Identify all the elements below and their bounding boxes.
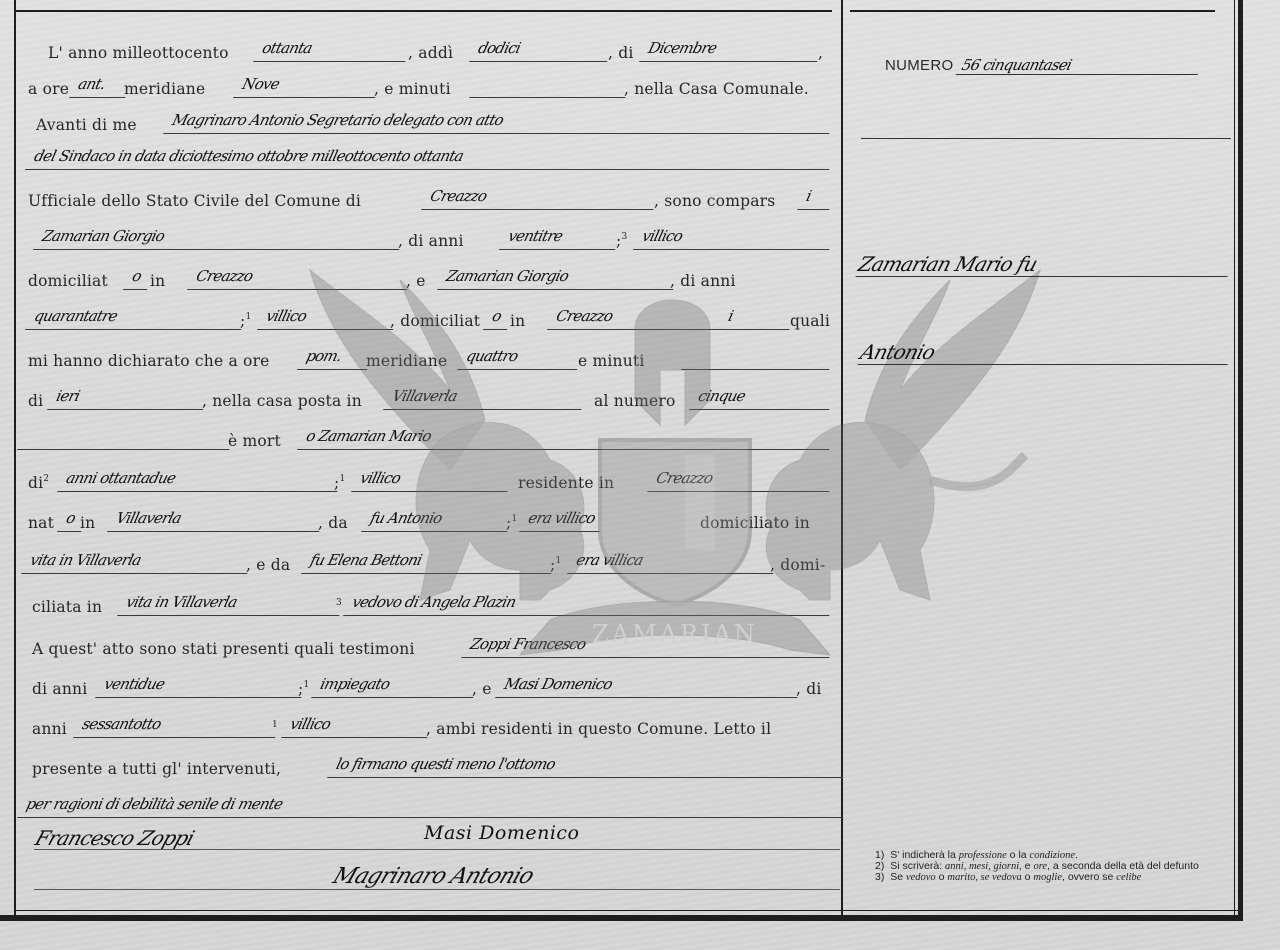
- father-profession-field: era villico: [519, 509, 605, 532]
- form-line-8: quarantatre ;1 villico , domiciliat o in…: [14, 306, 840, 336]
- declarant-2-residence-field: Creazzo: [547, 307, 727, 330]
- printed-text: , e: [406, 272, 426, 290]
- printed-text: , nella casa posta in: [202, 392, 362, 410]
- numero-label: NUMERO: [885, 57, 953, 74]
- printed-text: residente in: [518, 474, 614, 492]
- plural-suffix-field: i: [719, 307, 795, 330]
- mother-name-field: fu Elena Bettoni: [301, 551, 557, 574]
- printed-text: , di anni: [670, 272, 736, 290]
- declarant-1-profession-field: villico: [633, 227, 835, 250]
- printed-text: , di anni: [398, 232, 464, 250]
- form-line-5: Ufficiale dello Stato Civile del Comune …: [14, 186, 840, 216]
- year-field: ottanta: [253, 39, 411, 62]
- printed-text: meridiane: [124, 80, 205, 98]
- deceased-name-field: o Zamarian Mario: [297, 427, 835, 450]
- printed-text: in: [510, 312, 525, 330]
- printed-text: , addì: [408, 44, 453, 62]
- footnote-2: 2) Si scriverà: anni, mesi, giorni, e or…: [875, 861, 1235, 872]
- superscript: ;3: [616, 232, 627, 250]
- witness-2-age-field: sessantotto: [73, 715, 281, 738]
- printed-text: A quest' atto sono stati presenti quali …: [32, 640, 415, 658]
- day-field: dodici: [469, 39, 613, 62]
- superscript: ;1: [298, 680, 309, 698]
- birthplace-field: Villaverla: [107, 509, 325, 532]
- footnotes: 1) S' indicherà la professione o la cond…: [875, 850, 1235, 883]
- father-residence-field: vita in Villaverla: [21, 551, 253, 574]
- printed-text: , domi-: [770, 556, 825, 574]
- printed-text: a ore: [28, 80, 69, 98]
- gender-suffix-field: o: [123, 267, 153, 290]
- superscript: ;1: [240, 312, 251, 330]
- deceased-profession-field: villico: [351, 469, 513, 492]
- mother-profession-field: era villica: [567, 551, 779, 574]
- printed-text: , sono compars: [654, 192, 775, 210]
- document-page: L' anno milleottocento ottanta , addì do…: [0, 0, 1280, 950]
- declarant-2-profession-field: villico: [257, 307, 399, 330]
- printed-text: , domiciliat: [390, 312, 480, 330]
- hour-field: Nove: [233, 75, 381, 98]
- form-line-10: di ieri , nella casa posta in Villaverla…: [14, 386, 840, 416]
- form-line-15: ciliata in vita in Villaverla 3 vedovo d…: [14, 592, 840, 622]
- printed-text: anni: [32, 720, 67, 738]
- form-line-6: Zamarian Giorgio , di anni ventitre ;3 v…: [14, 226, 840, 256]
- signature-witness-2: Masi Domenico: [424, 822, 579, 844]
- delegation-field: del Sindaco in data diciottesimo ottobre…: [25, 147, 835, 170]
- deceased-residence-field: Creazzo: [647, 469, 835, 492]
- printed-text: mi hanno dichiarato che a ore: [28, 352, 270, 370]
- printed-text: domiciliat: [28, 272, 108, 290]
- printed-text: , e minuti: [374, 80, 451, 98]
- form-line-16: A quest' atto sono stati presenti quali …: [14, 634, 840, 664]
- printed-text: presente a tutti gl' intervenuti,: [32, 760, 281, 778]
- form-line-13: nat o in Villaverla , da fu Antonio ;1 e…: [14, 508, 840, 538]
- witness-1-profession-field: impiegato: [311, 675, 479, 698]
- marital-status-field: vedovo di Angela Plazin: [343, 593, 835, 616]
- superscript: 3: [336, 598, 342, 616]
- signing-note-field: lo firmano questi meno l'ottomo: [327, 755, 849, 778]
- declarant-2-age-field: quarantatre: [25, 307, 247, 330]
- municipality-field: Creazzo: [421, 187, 659, 210]
- death-hour-field: quattro: [457, 347, 583, 370]
- form-line-9: mi hanno dichiarato che a ore pom. merid…: [14, 346, 840, 376]
- printed-text: ,: [818, 44, 823, 62]
- gender-suffix-field: o: [483, 307, 513, 330]
- printed-text: , e: [472, 680, 492, 698]
- form-line-2: a ore ant. meridiane Nove , e minuti , n…: [14, 74, 840, 104]
- witness-1-age-field: ventidue: [95, 675, 307, 698]
- superscript: ;1: [550, 556, 561, 574]
- printed-text: L' anno milleottocento: [48, 44, 229, 62]
- printed-text: al numero: [594, 392, 676, 410]
- death-place-field: Villaverla: [383, 387, 587, 410]
- father-name-field: fu Antonio: [361, 509, 513, 532]
- deceased-age-field: anni ottantadue: [57, 469, 343, 492]
- record-body: L' anno milleottocento ottanta , addì do…: [14, 0, 840, 920]
- printed-text: in: [80, 514, 95, 532]
- printed-text: , nella Casa Comunale.: [624, 80, 809, 98]
- blank-field: [17, 427, 235, 450]
- witness-1-name-field: Zoppi Francesco: [461, 635, 835, 658]
- death-day-field: ieri: [47, 387, 209, 410]
- form-line-12: di2 anni ottantadue ;1 villico residente…: [14, 468, 840, 498]
- printed-text: domiciliato in: [700, 514, 810, 532]
- house-number-field: cinque: [689, 387, 835, 410]
- printed-text: di: [28, 392, 43, 410]
- margin-column: NUMERO 56 cinquantasei Zamarian Mario fu…: [845, 0, 1240, 920]
- printed-text: Avanti di me: [36, 116, 137, 134]
- officer-field: Magrinaro Antonio Segretario delegato co…: [163, 111, 835, 134]
- form-line-18: anni sessantotto 1 villico , ambi reside…: [14, 714, 840, 744]
- death-minutes-field: [681, 347, 835, 370]
- am-pm-field: ant.: [69, 75, 131, 98]
- form-line-14: vita in Villaverla , e da fu Elena Betto…: [14, 550, 840, 580]
- printed-text: , di: [796, 680, 822, 698]
- form-line-3: Avanti di me Magrinaro Antonio Segretari…: [14, 110, 840, 140]
- superscript: ;1: [506, 514, 517, 532]
- printed-text: ciliata in: [32, 598, 102, 616]
- mother-residence-field: vita in Villaverla: [117, 593, 345, 616]
- footnote-3: 3) Se vedovo o marito, se vedova o mogli…: [875, 872, 1235, 883]
- margin-rule-1: [861, 138, 1231, 139]
- form-line-17: di anni ventidue ;1 impiegato , e Masi D…: [14, 674, 840, 704]
- form-line-4: del Sindaco in data diciottesimo ottobre…: [14, 146, 840, 176]
- death-am-pm-field: pom.: [297, 347, 373, 370]
- form-line-7: domiciliat o in Creazzo , e Zamarian Gio…: [14, 266, 840, 296]
- printed-text: , e da: [246, 556, 290, 574]
- printed-text: e minuti: [578, 352, 645, 370]
- form-line-1: L' anno milleottocento ottanta , addì do…: [14, 38, 840, 68]
- printed-text: di anni: [32, 680, 87, 698]
- signature-witness-1: Francesco Zoppi: [32, 826, 197, 850]
- minutes-field: [469, 75, 631, 98]
- signature-rule-2: [34, 889, 840, 890]
- witness-2-name-field: Masi Domenico: [495, 675, 803, 698]
- month-field: Dicembre: [639, 39, 823, 62]
- record-number: NUMERO 56 cinquantasei: [885, 56, 1200, 75]
- declarant-1-residence-field: Creazzo: [187, 267, 413, 290]
- printed-text: , ambi residenti in questo Comune. Letto…: [426, 720, 771, 738]
- declarant-1-name-field: Zamarian Giorgio: [33, 227, 405, 250]
- declarant-1-age-field: ventitre: [499, 227, 621, 250]
- margin-deceased-name: Zamarian Mario fu: [855, 252, 1234, 277]
- printed-text: quali: [790, 312, 830, 330]
- signing-note-continued-field: per ragioni di debilità senile di mente: [17, 795, 849, 818]
- printed-text: in: [150, 272, 165, 290]
- margin-deceased-father: Antonio: [857, 340, 1234, 365]
- printed-text: , da: [318, 514, 348, 532]
- superscript: ;1: [334, 474, 345, 492]
- printed-text: , di: [608, 44, 634, 62]
- printed-text: è mort: [228, 432, 281, 450]
- printed-text: nat: [28, 514, 54, 532]
- signature-officer: Magrinaro Antonio: [329, 864, 536, 889]
- plural-suffix-field: i: [797, 187, 835, 210]
- witness-2-profession-field: villico: [281, 715, 433, 738]
- form-line-11: è mort o Zamarian Mario: [14, 426, 840, 456]
- form-line-20: per ragioni di debilità senile di mente: [14, 794, 840, 824]
- printed-text: meridiane: [366, 352, 447, 370]
- numero-value: 56 cinquantasei: [956, 56, 1203, 75]
- form-line-19: presente a tutti gl' intervenuti, lo fir…: [14, 754, 840, 784]
- declarant-2-name-field: Zamarian Giorgio: [437, 267, 679, 290]
- printed-text: di2: [28, 474, 49, 492]
- superscript: 1: [272, 720, 278, 738]
- printed-text: Ufficiale dello Stato Civile del Comune …: [28, 192, 361, 210]
